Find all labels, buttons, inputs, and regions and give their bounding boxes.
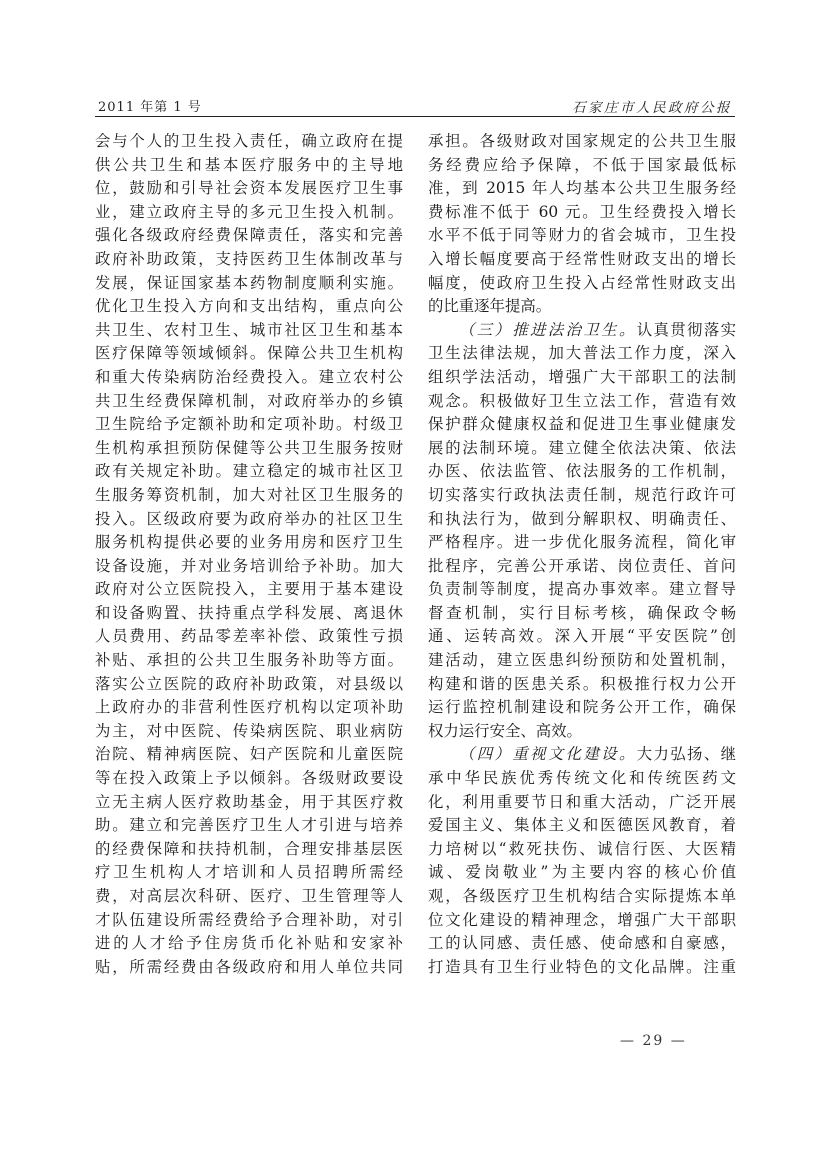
- text-line: 运行监控机制建设和院务公开工作，确保: [428, 696, 736, 720]
- text-line: 幅度，使政府卫生投入占经常性财政支出: [428, 272, 736, 296]
- left-column: 会与个人的卫生投入责任，确立政府在提供公共卫生和基本医疗服务中的主导地位，鼓励和…: [95, 130, 403, 979]
- text-line: 共卫生、农村卫生、城市社区卫生和基本: [95, 319, 403, 343]
- text-line: 构建和谐的医患关系。积极推行权力公开: [428, 673, 736, 697]
- text-line: 切实落实行政执法责任制，规范行政许可: [428, 484, 736, 508]
- text-line: 强化各级政府经费保障责任，落实和完善: [95, 224, 403, 248]
- line-text: 观念。积极做好卫生立法工作，营造有效: [428, 392, 736, 410]
- line-text: 观，各级医疗卫生机构结合实际提炼本单: [428, 887, 736, 905]
- text-line: 补贴、承担的公共卫生服务补助等方面。: [95, 649, 403, 673]
- text-line: 位，鼓励和引导社会资本发展医疗卫生事: [95, 177, 403, 201]
- text-line: 政府对公立医院投入，主要用于基本建设: [95, 578, 403, 602]
- line-text: 督查机制，实行目标考核，确保政令畅: [428, 604, 736, 622]
- right-column: 承担。各级财政对国家规定的公共卫生服务经费应给予保障，不低于国家最低标准，到 2…: [428, 130, 736, 979]
- text-line: 批程序，完善公开承诺、岗位责任、首问: [428, 555, 736, 579]
- publication-title: 石家庄市人民政府公报: [572, 96, 732, 116]
- line-text: 和执法行为，做到分解职权、明确责任、: [428, 510, 736, 528]
- section-heading-line: （四）重视文化建设。大力弘扬、继: [428, 743, 736, 767]
- text-line: 助。建立和完善医疗卫生人才引进与培养: [95, 814, 403, 838]
- text-line: 承中华民族优秀传统文化和传统医药文: [428, 767, 736, 791]
- text-line: 落实公立医院的政府补助政策，对县级以: [95, 673, 403, 697]
- text-line: 位文化建设的精神理念，增强广大干部职: [428, 909, 736, 933]
- section-heading: （四）重视文化建设。: [459, 745, 637, 763]
- text-line: 进的人才给予住房货币化补贴和安家补: [95, 932, 403, 956]
- line-text: 水平不低于同等财力的省会城市，卫生投: [428, 226, 736, 244]
- text-line: 力培树以“救死扶伤、诚信行医、大医精: [428, 838, 736, 862]
- text-line: 展的法制环境。建立健全依法决策、依法: [428, 437, 736, 461]
- text-line: 会与个人的卫生投入责任，确立政府在提: [95, 130, 403, 154]
- section-heading-line: （三）推进法治卫生。认真贯彻落实: [428, 319, 736, 343]
- text-line: 卫生院给予定额补助和定项补助。村级卫: [95, 413, 403, 437]
- line-text: 诚、爱岗敬业”为主要内容的核心价值: [428, 863, 736, 881]
- line-text: 负责制等制度，提高办事效率。建立督导: [428, 580, 736, 598]
- text-line: 投入。区级政府要为政府举办的社区卫生: [95, 508, 403, 532]
- page-number: — 29 —: [620, 1033, 687, 1049]
- line-text: 力培树以“救死扶伤、诚信行医、大医精: [428, 840, 736, 858]
- text-line: 水平不低于同等财力的省会城市，卫生投: [428, 224, 736, 248]
- issue-label: 2011 年第 1 号: [98, 96, 202, 115]
- text-line: 的经费保障和扶持机制，合理安排基层医: [95, 838, 403, 862]
- line-text: 化，利用重要节日和重大活动，广泛开展: [428, 793, 736, 811]
- text-line: 化，利用重要节日和重大活动，广泛开展: [428, 791, 736, 815]
- text-line: 生服务筹资机制，加大对社区卫生服务的: [95, 484, 403, 508]
- text-line: 疗卫生机构人才培训和人员招聘所需经: [95, 861, 403, 885]
- text-line: 办医、依法监管、依法服务的工作机制，: [428, 460, 736, 484]
- text-line: 等在投入政策上予以倾斜。各级财政要设: [95, 767, 403, 791]
- text-line: 服务机构提供必要的业务用房和医疗卫生: [95, 531, 403, 555]
- section-heading: （三）推进法治卫生。: [459, 321, 637, 339]
- line-text: 费标准不低于 60 元。卫生经费投入增长: [428, 203, 736, 221]
- line-text: 打造具有卫生行业特色的文化品牌。注重: [428, 958, 736, 976]
- line-text: 切实落实行政执法责任制，规范行政许可: [428, 486, 736, 504]
- line-text: 严格程序。进一步优化服务流程，简化审: [428, 533, 736, 551]
- line-text: 展的法制环境。建立健全依法决策、依法: [428, 439, 736, 457]
- line-text: 幅度，使政府卫生投入占经常性财政支出: [428, 274, 736, 292]
- line-text: 入增长幅度要高于经常性财政支出的增长: [428, 250, 736, 268]
- text-line: 发展，保证国家基本药物制度顺利实施。: [95, 272, 403, 296]
- text-line: 费标准不低于 60 元。卫生经费投入增长: [428, 201, 736, 225]
- text-line: 贴，所需经费由各级政府和用人单位共同: [95, 956, 403, 980]
- text-line: 和重大传染病防治经费投入。建立农村公: [95, 366, 403, 390]
- text-line: 保护群众健康权益和促进卫生事业健康发: [428, 413, 736, 437]
- text-line: 入增长幅度要高于经常性财政支出的增长: [428, 248, 736, 272]
- text-line: 治院、精神病医院、妇产医院和儿童医院: [95, 743, 403, 767]
- text-line: 上政府办的非营利性医疗机构以定项补助: [95, 696, 403, 720]
- text-line: 才队伍建设所需经费给予合理补助，对引: [95, 909, 403, 933]
- text-line: 业，建立政府主导的多元卫生投入机制。: [95, 201, 403, 225]
- text-line: 通、运转高效。深入开展“平安医院”创: [428, 625, 736, 649]
- line-text: 构建和谐的医患关系。积极推行权力公开: [428, 675, 736, 693]
- line-text: 建活动，建立医患纠纷预防和处置机制，: [428, 651, 736, 669]
- text-line: 费，对高层次科研、医疗、卫生管理等人: [95, 885, 403, 909]
- text-line: 人员费用、药品零差率补偿、政策性亏损: [95, 625, 403, 649]
- text-line: 卫生法律法规，加大普法工作力度，深入: [428, 342, 736, 366]
- line-text: 办医、依法监管、依法服务的工作机制，: [428, 462, 736, 480]
- text-line: 设备设施，并对业务培训给予补助。加大: [95, 555, 403, 579]
- text-line: 建活动，建立医患纠纷预防和处置机制，: [428, 649, 736, 673]
- text-line: 工的认同感、责任感、使命感和自豪感，: [428, 932, 736, 956]
- text-line: 医疗保障等领域倾斜。保障公共卫生机构: [95, 342, 403, 366]
- text-line: 立无主病人医疗救助基金，用于其医疗救: [95, 791, 403, 815]
- text-line: 督查机制，实行目标考核，确保政令畅: [428, 602, 736, 626]
- text-line: 承担。各级财政对国家规定的公共卫生服: [428, 130, 736, 154]
- text-line: 和设备购置、扶持重点学科发展、离退休: [95, 602, 403, 626]
- text-line: 务经费应给予保障，不低于国家最低标: [428, 154, 736, 178]
- line-text: 通、运转高效。深入开展“平安医院”创: [428, 627, 736, 645]
- text-line: 权力运行安全、高效。: [428, 720, 736, 744]
- text-line: 的比重逐年提高。: [428, 295, 736, 319]
- line-text: 权力运行安全、高效。: [428, 722, 582, 740]
- line-text: 大力弘扬、继: [637, 745, 736, 763]
- line-text: 承中华民族优秀传统文化和传统医药文: [428, 769, 736, 787]
- running-header: 2011 年第 1 号 石家庄市人民政府公报: [95, 96, 735, 117]
- line-text: 工的认同感、责任感、使命感和自豪感，: [428, 934, 736, 952]
- line-text: 认真贯彻落实: [637, 321, 736, 339]
- text-line: 爱国主义、集体主义和医德医风教育，着: [428, 814, 736, 838]
- text-line: 优化卫生投入方向和支出结构，重点向公: [95, 295, 403, 319]
- line-text: 爱国主义、集体主义和医德医风教育，着: [428, 816, 736, 834]
- line-text: 卫生法律法规，加大普法工作力度，深入: [428, 344, 736, 362]
- text-line: 诚、爱岗敬业”为主要内容的核心价值: [428, 861, 736, 885]
- text-line: 生机构承担预防保健等公共卫生服务按财: [95, 437, 403, 461]
- text-line: 准，到 2015 年人均基本公共卫生服务经: [428, 177, 736, 201]
- text-line: 为主，对中医院、传染病医院、职业病防: [95, 720, 403, 744]
- text-line: 政有关规定补助。建立稳定的城市社区卫: [95, 460, 403, 484]
- text-line: 观，各级医疗卫生机构结合实际提炼本单: [428, 885, 736, 909]
- line-text: 务经费应给予保障，不低于国家最低标: [428, 156, 736, 174]
- text-line: 负责制等制度，提高办事效率。建立督导: [428, 578, 736, 602]
- text-line: 和执法行为，做到分解职权、明确责任、: [428, 508, 736, 532]
- line-text: 运行监控机制建设和院务公开工作，确保: [428, 698, 736, 716]
- text-line: 打造具有卫生行业特色的文化品牌。注重: [428, 956, 736, 980]
- line-text: 位文化建设的精神理念，增强广大干部职: [428, 911, 736, 929]
- text-line: 组织学法活动，增强广大干部职工的法制: [428, 366, 736, 390]
- line-text: 准，到 2015 年人均基本公共卫生服务经: [428, 179, 736, 197]
- text-line: 供公共卫生和基本医疗服务中的主导地: [95, 154, 403, 178]
- line-text: 承担。各级财政对国家规定的公共卫生服: [428, 132, 736, 150]
- line-text: 批程序，完善公开承诺、岗位责任、首问: [428, 557, 736, 575]
- text-line: 严格程序。进一步优化服务流程，简化审: [428, 531, 736, 555]
- line-text: 组织学法活动，增强广大干部职工的法制: [428, 368, 736, 386]
- text-line: 政府补助政策，支持医药卫生体制改革与: [95, 248, 403, 272]
- text-line: 观念。积极做好卫生立法工作，营造有效: [428, 390, 736, 414]
- line-text: 保护群众健康权益和促进卫生事业健康发: [428, 415, 736, 433]
- line-text: 的比重逐年提高。: [428, 297, 551, 315]
- text-line: 共卫生经费保障机制，对政府举办的乡镇: [95, 390, 403, 414]
